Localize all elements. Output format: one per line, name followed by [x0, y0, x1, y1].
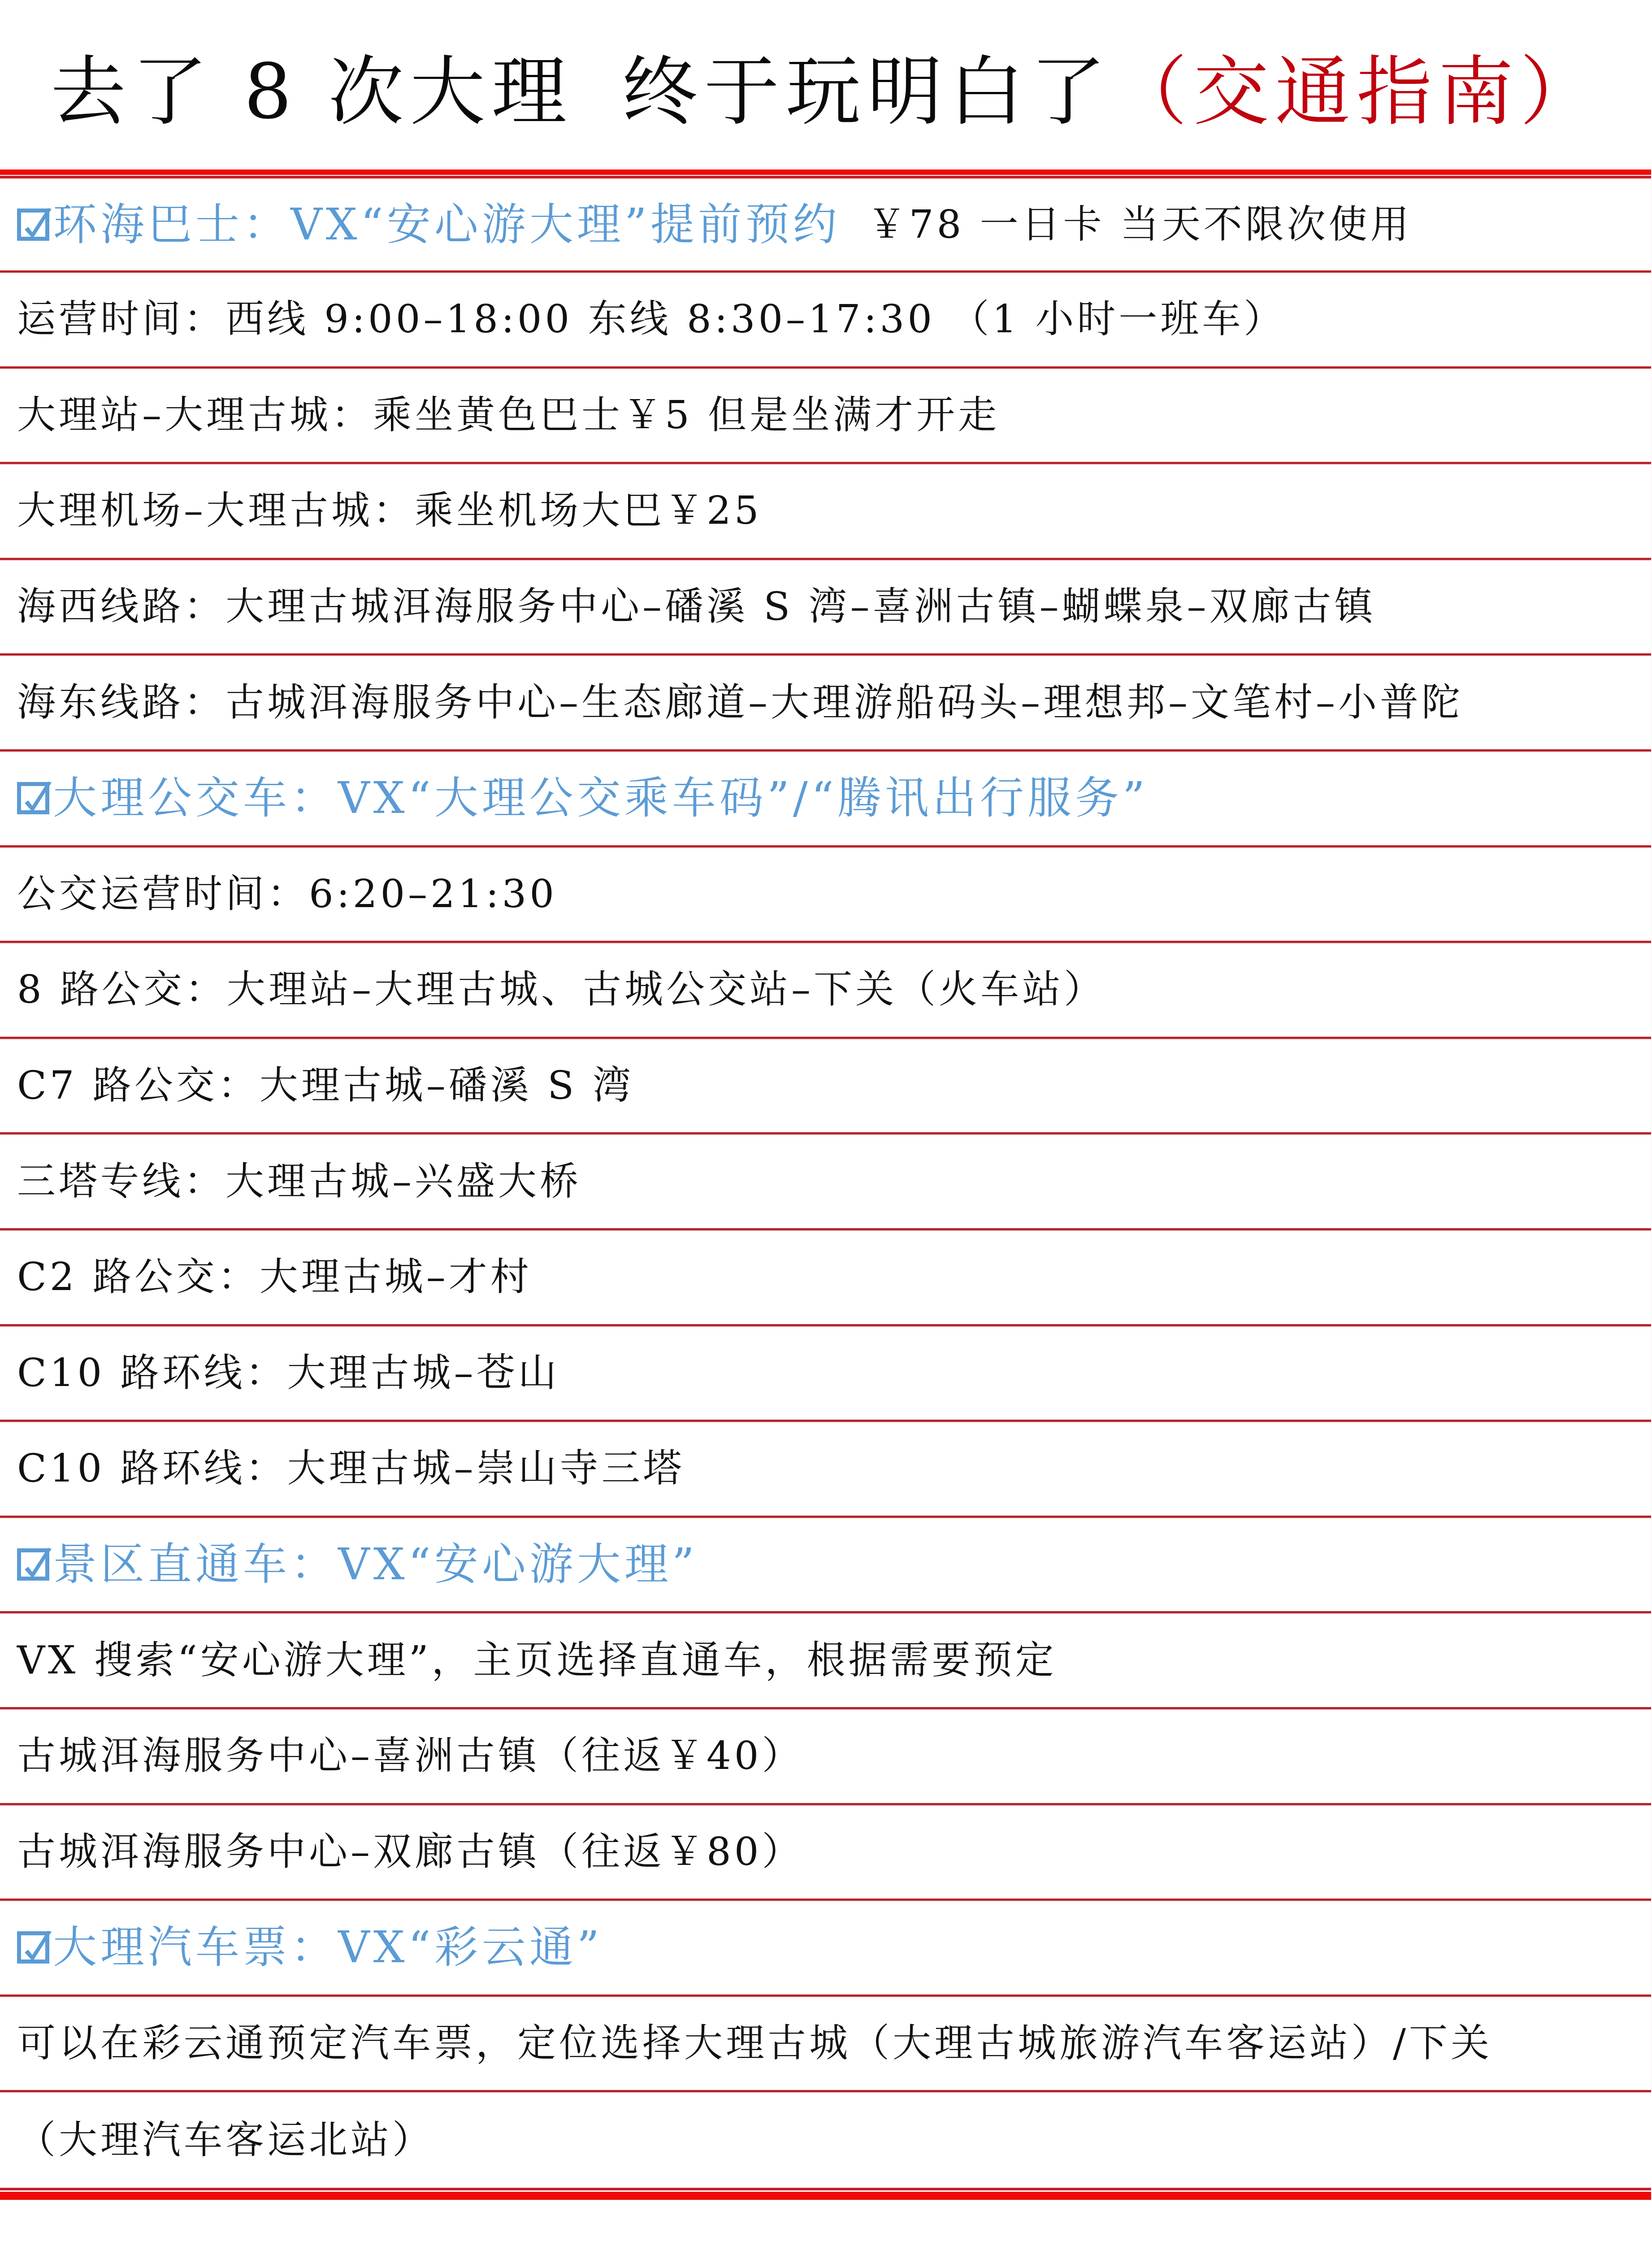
section-heading-row: 大理公交车：VX“大理公交乘车码”/“腾讯出行服务”	[0, 752, 1651, 847]
section-heading: 大理汽车票：VX“彩云通”	[53, 1925, 603, 1969]
item-text: 公交运营时间：6:20–21:30	[17, 875, 557, 913]
item-text: VX 搜索“安心游大理”，主页选择直通车，根据需要预定	[17, 1641, 1057, 1680]
title-accent: （交通指南）	[1112, 54, 1601, 130]
list-item: 海东线路：古城洱海服务中心–生态廊道–大理游船码头–理想邦–文笔村–小普陀	[0, 656, 1651, 752]
list-item: C10 路环线：大理古城–崇山寺三塔	[0, 1422, 1651, 1518]
title-part-1: 去了 8 次大理	[51, 54, 573, 130]
item-text: 三塔专线：大理古城–兴盛大桥	[17, 1162, 581, 1201]
title-part-2: 终于玩明白了	[622, 54, 1112, 130]
checked-box-icon	[17, 1548, 49, 1581]
section-heading-note: ￥78 一日卡 当天不限次使用	[867, 205, 1412, 244]
section-heading: 环海巴士：VX“安心游大理”提前预约	[53, 203, 841, 247]
list-item: 三塔专线：大理古城–兴盛大桥	[0, 1134, 1651, 1230]
checked-box-icon	[17, 782, 49, 814]
section-heading: 大理公交车：VX“大理公交乘车码”/“腾讯出行服务”	[53, 776, 1149, 820]
item-text: 可以在彩云通预定汽车票，定位选择大理古城（大理古城旅游汽车客运站）/下关	[17, 2024, 1492, 2063]
list-item: 8 路公交：大理站–大理古城、古城公交站–下关（火车站）	[0, 943, 1651, 1039]
list-item: C10 路环线：大理古城–苍山	[0, 1326, 1651, 1422]
list-item: 可以在彩云通预定汽车票，定位选择大理古城（大理古城旅游汽车客运站）/下关	[0, 1997, 1651, 2093]
guide-table: 环海巴士：VX“安心游大理”提前预约 ￥78 一日卡 当天不限次使用 运营时间：…	[0, 178, 1651, 2188]
checked-box-icon	[17, 1931, 49, 1964]
list-item: （大理汽车客运北站）	[0, 2092, 1651, 2188]
list-item: 大理站–大理古城：乘坐黄色巴士￥5 但是坐满才开走	[0, 369, 1651, 465]
item-text: C7 路公交：大理古城–磻溪 S 湾	[17, 1066, 634, 1105]
item-text: 海西线路：大理古城洱海服务中心–磻溪 S 湾–喜洲古镇–蝴蝶泉–双廊古镇	[17, 587, 1376, 626]
list-item: 大理机场–大理古城：乘坐机场大巴￥25	[0, 464, 1651, 560]
list-item: 公交运营时间：6:20–21:30	[0, 847, 1651, 943]
item-text: （大理汽车客运北站）	[17, 2121, 434, 2159]
item-text: 8 路公交：大理站–大理古城、古城公交站–下关（火车站）	[17, 970, 1106, 1009]
item-text: 运营时间：西线 9:00–18:00 东线 8:30–17:30 （1 小时一班…	[17, 300, 1285, 339]
list-item: 古城洱海服务中心–喜洲古镇（往返￥40）	[0, 1709, 1651, 1805]
section-heading: 景区直通车：VX“安心游大理”	[53, 1542, 698, 1586]
bottom-rule-thin	[0, 2188, 1651, 2190]
list-item: 海西线路：大理古城洱海服务中心–磻溪 S 湾–喜洲古镇–蝴蝶泉–双廊古镇	[0, 560, 1651, 656]
list-item: C2 路公交：大理古城–才村	[0, 1230, 1651, 1326]
section-heading-row: 景区直通车：VX“安心游大理”	[0, 1518, 1651, 1614]
section-heading-row: 大理汽车票：VX“彩云通”	[0, 1901, 1651, 1997]
bottom-rule-thick	[0, 2192, 1651, 2200]
item-text: C2 路公交：大理古城–才村	[17, 1258, 532, 1296]
item-text: C10 路环线：大理古城–苍山	[17, 1354, 560, 1392]
item-text: 海东线路：古城洱海服务中心–生态廊道–大理游船码头–理想邦–文笔村–小普陀	[17, 683, 1463, 722]
page-title: 去了 8 次大理 终于玩明白了 （交通指南）	[0, 31, 1652, 152]
top-rule-thick	[0, 169, 1651, 175]
checked-box-icon	[17, 209, 49, 241]
section-heading-row: 环海巴士：VX“安心游大理”提前预约 ￥78 一日卡 当天不限次使用	[0, 178, 1651, 273]
item-text: 古城洱海服务中心–喜洲古镇（往返￥40）	[17, 1737, 803, 1775]
list-item: 古城洱海服务中心–双廊古镇（往返￥80）	[0, 1805, 1651, 1901]
item-text: C10 路环线：大理古城–崇山寺三塔	[17, 1449, 685, 1488]
item-text: 大理机场–大理古城：乘坐机场大巴￥25	[17, 491, 762, 530]
item-text: 大理站–大理古城：乘坐黄色巴士￥5 但是坐满才开走	[17, 396, 1000, 434]
list-item: VX 搜索“安心游大理”，主页选择直通车，根据需要预定	[0, 1613, 1651, 1709]
item-text: 古城洱海服务中心–双廊古镇（往返￥80）	[17, 1833, 803, 1871]
list-item: 运营时间：西线 9:00–18:00 东线 8:30–17:30 （1 小时一班…	[0, 273, 1651, 369]
list-item: C7 路公交：大理古城–磻溪 S 湾	[0, 1039, 1651, 1135]
